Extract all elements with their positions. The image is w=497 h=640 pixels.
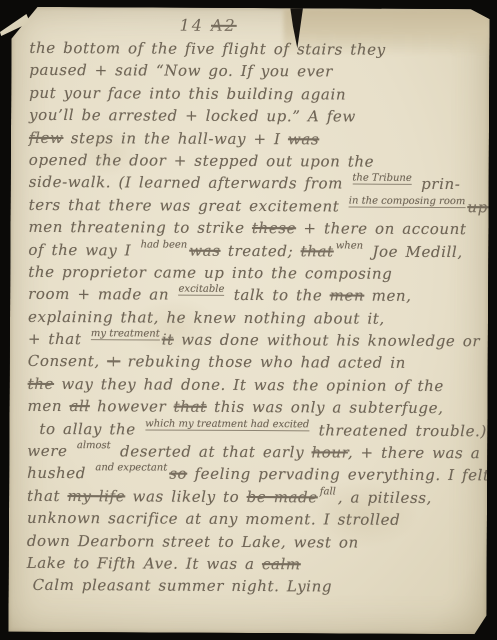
struck-text: that [301,242,334,260]
handwritten-text: Calm pleasant summer night. Lying [33,576,333,596]
handwriting-lines: the bottom of the five flight of stairs … [27,37,480,599]
inserted-text: almost [77,441,111,451]
manuscript-line: the proprietor came up into the composin… [28,261,478,286]
manuscript-line: hushed and expectantso feeling pervading… [27,462,477,487]
handwritten-text: room + made an [28,285,176,304]
manuscript-line: Calm pleasant summer night. Lying [27,574,477,599]
manuscript-line: side-walk. (I learned afterwards from th… [29,171,479,196]
handwritten-text: threatened trouble.) The streets [311,421,497,440]
handwritten-text: paused + said “Now go. If you ever [29,61,333,81]
handwritten-text: the proprietor came up into the composin… [28,263,392,283]
handwritten-text: unknown sacrifice at any moment. I strol… [27,509,401,529]
struck-text: it [162,331,174,349]
paper-sheet: 14 A2 the bottom of the five flight of s… [8,7,489,634]
handwritten-text: the bottom of the five flight of stairs … [29,39,385,59]
handwritten-text: were [27,442,75,460]
struck-text: my life [67,487,125,505]
page-number-annotation: A2 [211,16,237,35]
handwritten-text: was done without his knowledge or [174,331,481,351]
handwritten-text: Joe Medill, [365,242,463,261]
struck-text: hour [312,443,348,461]
manuscript-line: paused + said “Now go. If you ever [29,59,479,84]
struck-text: that [174,398,207,416]
handwritten-text: explaining that, he knew nothing about i… [28,308,385,328]
handwritten-text: treated; [220,241,300,259]
handwritten-text: this was only a subterfuge, [207,398,444,417]
handwritten-text: men, [364,287,411,305]
manuscript-line: + that my treatmentit was done without h… [28,328,478,353]
page-number: 14 [179,16,203,35]
handwritten-text: to allay the [39,420,143,439]
manuscript-line: put your face into this building again [29,82,479,107]
inserted-text: the Tribune [352,174,411,185]
manuscript-line: ters that there was great excitement in … [29,194,479,219]
struck-text: up stairs [467,198,497,216]
handwritten-text: rebuking those who had acted in [120,353,406,372]
handwritten-text: was likely to [125,487,247,506]
manuscript-line: of the way I had beenwas treated; thatwh… [28,238,478,263]
manuscript-line: opened the door + stepped out upon the [29,149,479,174]
handwritten-text: prin- [414,175,461,193]
handwritten-text: men [28,397,70,415]
handwritten-text: however [90,397,174,415]
handwritten-text: , a pitiless, [338,488,432,506]
inserted-text: in the composing room [349,196,466,208]
handwritten-text: feeling pervading everything. I felt [187,465,490,485]
struck-text: so [169,465,187,483]
struck-text: men [330,287,365,305]
handwritten-text: down Dearborn street to Lake, west on [27,531,359,551]
manuscript-line: unknown sacrifice at any moment. I strol… [27,507,477,532]
manuscript-line: that my life was likely to be madefall, … [27,485,477,510]
struck-text: the [28,375,54,393]
manuscript-line: down Dearborn street to Lake, west on [27,529,477,554]
struck-text: these [252,219,296,237]
inserted-text: excitable [178,285,224,296]
struck-text: + [107,353,120,371]
handwritten-text: deserted at that early [113,442,312,461]
handwritten-text: put your face into this building again [29,84,346,104]
handwritten-text: hushed [27,464,93,482]
handwritten-text: that [27,487,68,505]
handwritten-content: 14 A2 the bottom of the five flight of s… [26,13,479,628]
handwritten-text: Lake to Fifth Ave. It was a [27,554,262,573]
struck-text: was [189,241,220,259]
page-number-row: 14 A2 [29,13,479,39]
handwritten-text: side-walk. (I learned afterwards from [29,173,351,193]
struck-text: calm [262,555,301,573]
manuscript-line: flew steps in the hall-way + I was [29,126,479,151]
inserted-text: when [336,241,363,251]
struck-text: be made [247,488,318,506]
manuscript-line: men all however that this was only a sub… [27,395,477,420]
handwritten-text: + there on account [296,219,467,238]
inserted-text: which my treatment had excited [145,419,309,431]
handwritten-text: of the way I [28,240,138,259]
manuscript-photo: 14 A2 the bottom of the five flight of s… [0,0,497,640]
handwritten-text: you’ll be arrested + locked up.” A few [29,106,356,126]
handwritten-text: way they had done. It was the opinion of… [54,375,444,395]
inserted-text: my treatment [91,329,160,340]
handwritten-text: , + there was a [348,444,481,463]
manuscript-line: explaining that, he knew nothing about i… [28,306,478,331]
handwritten-text: + that [28,330,89,348]
handwritten-text: opened the door + stepped out upon the [29,151,374,171]
inserted-text: had been [141,240,188,250]
inserted-text: fall [320,487,336,497]
manuscript-line: you’ll be arrested + locked up.” A few [29,104,479,129]
manuscript-line: the way they had done. It was the opinio… [28,373,478,398]
handwritten-text: steps in the hall-way + I [63,129,288,148]
manuscript-line: the bottom of the five flight of stairs … [29,37,479,62]
handwritten-text: men threatening to strike [28,218,252,237]
struck-text: was [288,130,319,148]
manuscript-line: to allay the which my treatment had exci… [27,417,477,442]
handwritten-text: ters that there was great excitement [29,196,347,216]
handwritten-text: Consent, [28,352,107,370]
struck-text: flew [29,128,64,146]
struck-text: all [69,397,89,415]
manuscript-line: were almost deserted at that early hour,… [27,440,477,465]
manuscript-line: men threatening to strike these + there … [28,216,478,241]
inserted-text: and expectant [95,464,167,474]
manuscript-line: room + made an excitable talk to the men… [28,283,478,308]
handwritten-text: talk to the [226,286,329,305]
manuscript-line: Lake to Fifth Ave. It was a calm [27,552,477,577]
manuscript-line: Consent, + rebuking those who had acted … [28,350,478,375]
